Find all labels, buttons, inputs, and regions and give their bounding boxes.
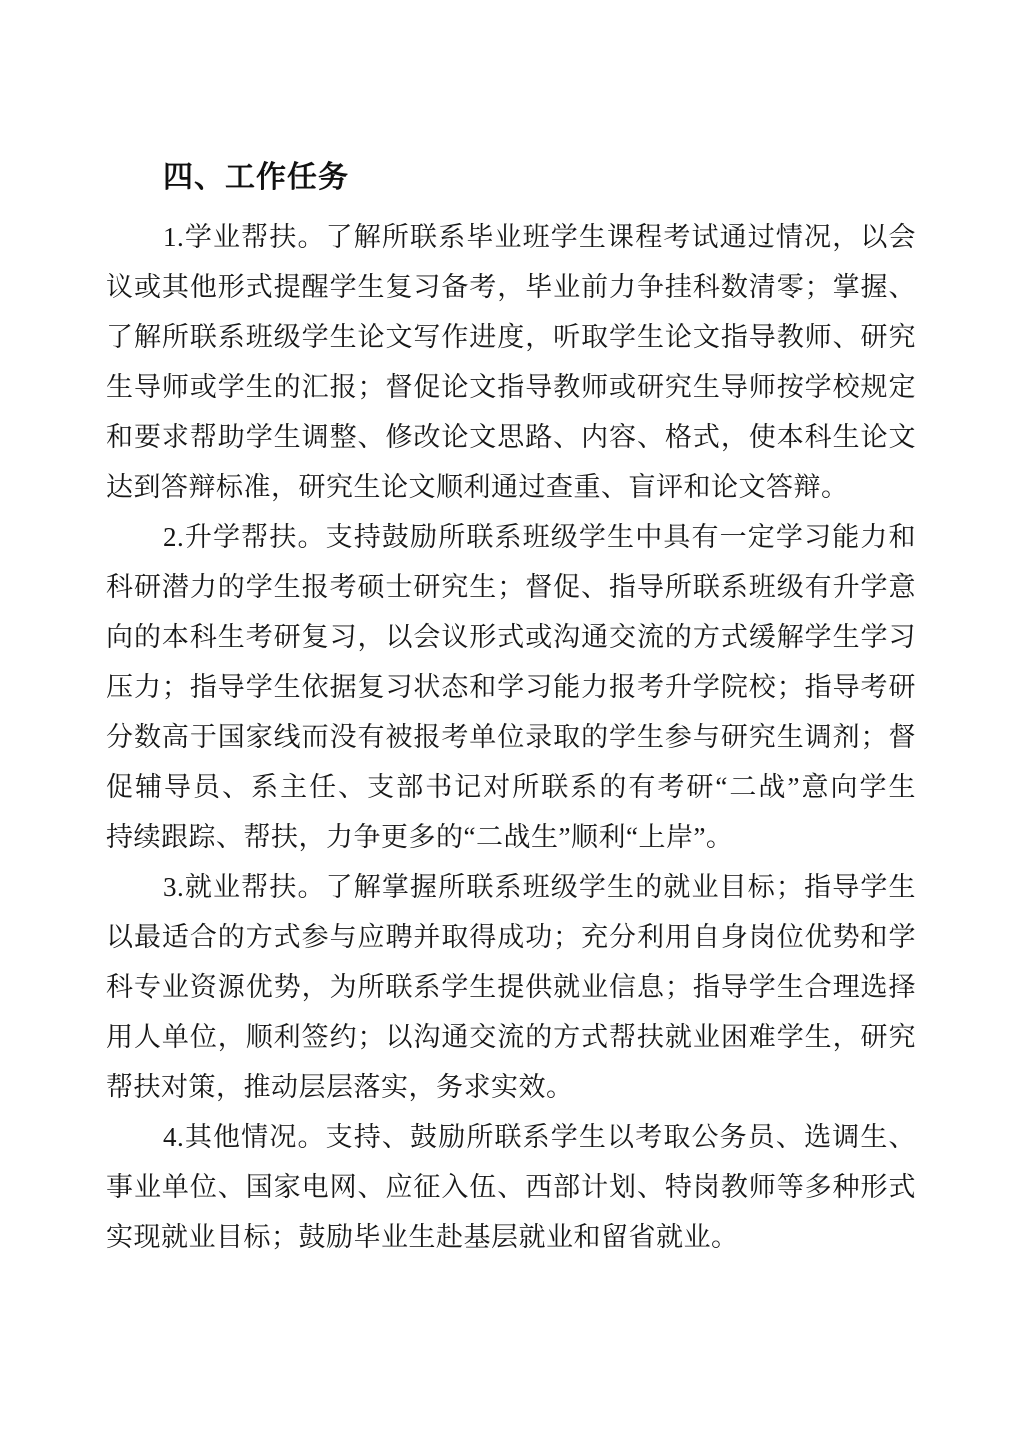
- paragraph: 3.就业帮扶。了解掌握所联系班级学生的就业目标；指导学生以最适合的方式参与应聘并…: [106, 862, 916, 1112]
- text-line: 压力；指导学生依据复习状态和学习能力报考升学院校；指导考研: [106, 662, 916, 712]
- paragraph: 4.其他情况。支持、鼓励所联系学生以考取公务员、选调生、事业单位、国家电网、应征…: [106, 1112, 916, 1262]
- text-line: 3.就业帮扶。了解掌握所联系班级学生的就业目标；指导学生: [106, 862, 916, 912]
- document-content: 四、工作任务 1.学业帮扶。了解所联系毕业班学生课程考试通过情况，以会议或其他形…: [106, 160, 916, 1262]
- text-line: 了解所联系班级学生论文写作进度，听取学生论文指导教师、研究: [106, 312, 916, 362]
- text-line: 生导师或学生的汇报；督促论文指导教师或研究生导师按学校规定: [106, 362, 916, 412]
- text-line: 分数高于国家线而没有被报考单位录取的学生参与研究生调剂；督: [106, 712, 916, 762]
- document-paragraphs: 1.学业帮扶。了解所联系毕业班学生课程考试通过情况，以会议或其他形式提醒学生复习…: [106, 212, 916, 1262]
- text-line: 帮扶对策，推动层层落实，务求实效。: [106, 1062, 916, 1112]
- text-line: 持续跟踪、帮扶，力争更多的“二战生”顺利“上岸”。: [106, 812, 916, 862]
- text-line: 1.学业帮扶。了解所联系毕业班学生课程考试通过情况，以会: [106, 212, 916, 262]
- text-line: 议或其他形式提醒学生复习备考，毕业前力争挂科数清零；掌握、: [106, 262, 916, 312]
- text-line: 达到答辩标准，研究生论文顺利通过查重、盲评和论文答辩。: [106, 462, 916, 512]
- text-line: 事业单位、国家电网、应征入伍、西部计划、特岗教师等多种形式: [106, 1162, 916, 1212]
- text-line: 2.升学帮扶。支持鼓励所联系班级学生中具有一定学习能力和: [106, 512, 916, 562]
- text-line: 促辅导员、系主任、支部书记对所联系的有考研“二战”意向学生: [106, 762, 916, 812]
- text-line: 科专业资源优势，为所联系学生提供就业信息；指导学生合理选择: [106, 962, 916, 1012]
- paragraph: 2.升学帮扶。支持鼓励所联系班级学生中具有一定学习能力和科研潜力的学生报考硕士研…: [106, 512, 916, 862]
- text-line: 以最适合的方式参与应聘并取得成功；充分利用自身岗位优势和学: [106, 912, 916, 962]
- paragraph: 1.学业帮扶。了解所联系毕业班学生课程考试通过情况，以会议或其他形式提醒学生复习…: [106, 212, 916, 512]
- text-line: 实现就业目标；鼓励毕业生赴基层就业和留省就业。: [106, 1212, 916, 1262]
- text-line: 4.其他情况。支持、鼓励所联系学生以考取公务员、选调生、: [106, 1112, 916, 1162]
- text-line: 向的本科生考研复习，以会议形式或沟通交流的方式缓解学生学习: [106, 612, 916, 662]
- text-line: 用人单位，顺利签约；以沟通交流的方式帮扶就业困难学生，研究: [106, 1012, 916, 1062]
- section-heading: 四、工作任务: [106, 160, 916, 196]
- text-line: 和要求帮助学生调整、修改论文思路、内容、格式，使本科生论文: [106, 412, 916, 462]
- document-page: 四、工作任务 1.学业帮扶。了解所联系毕业班学生课程考试通过情况，以会议或其他形…: [0, 0, 1024, 1448]
- text-line: 科研潜力的学生报考硕士研究生；督促、指导所联系班级有升学意: [106, 562, 916, 612]
